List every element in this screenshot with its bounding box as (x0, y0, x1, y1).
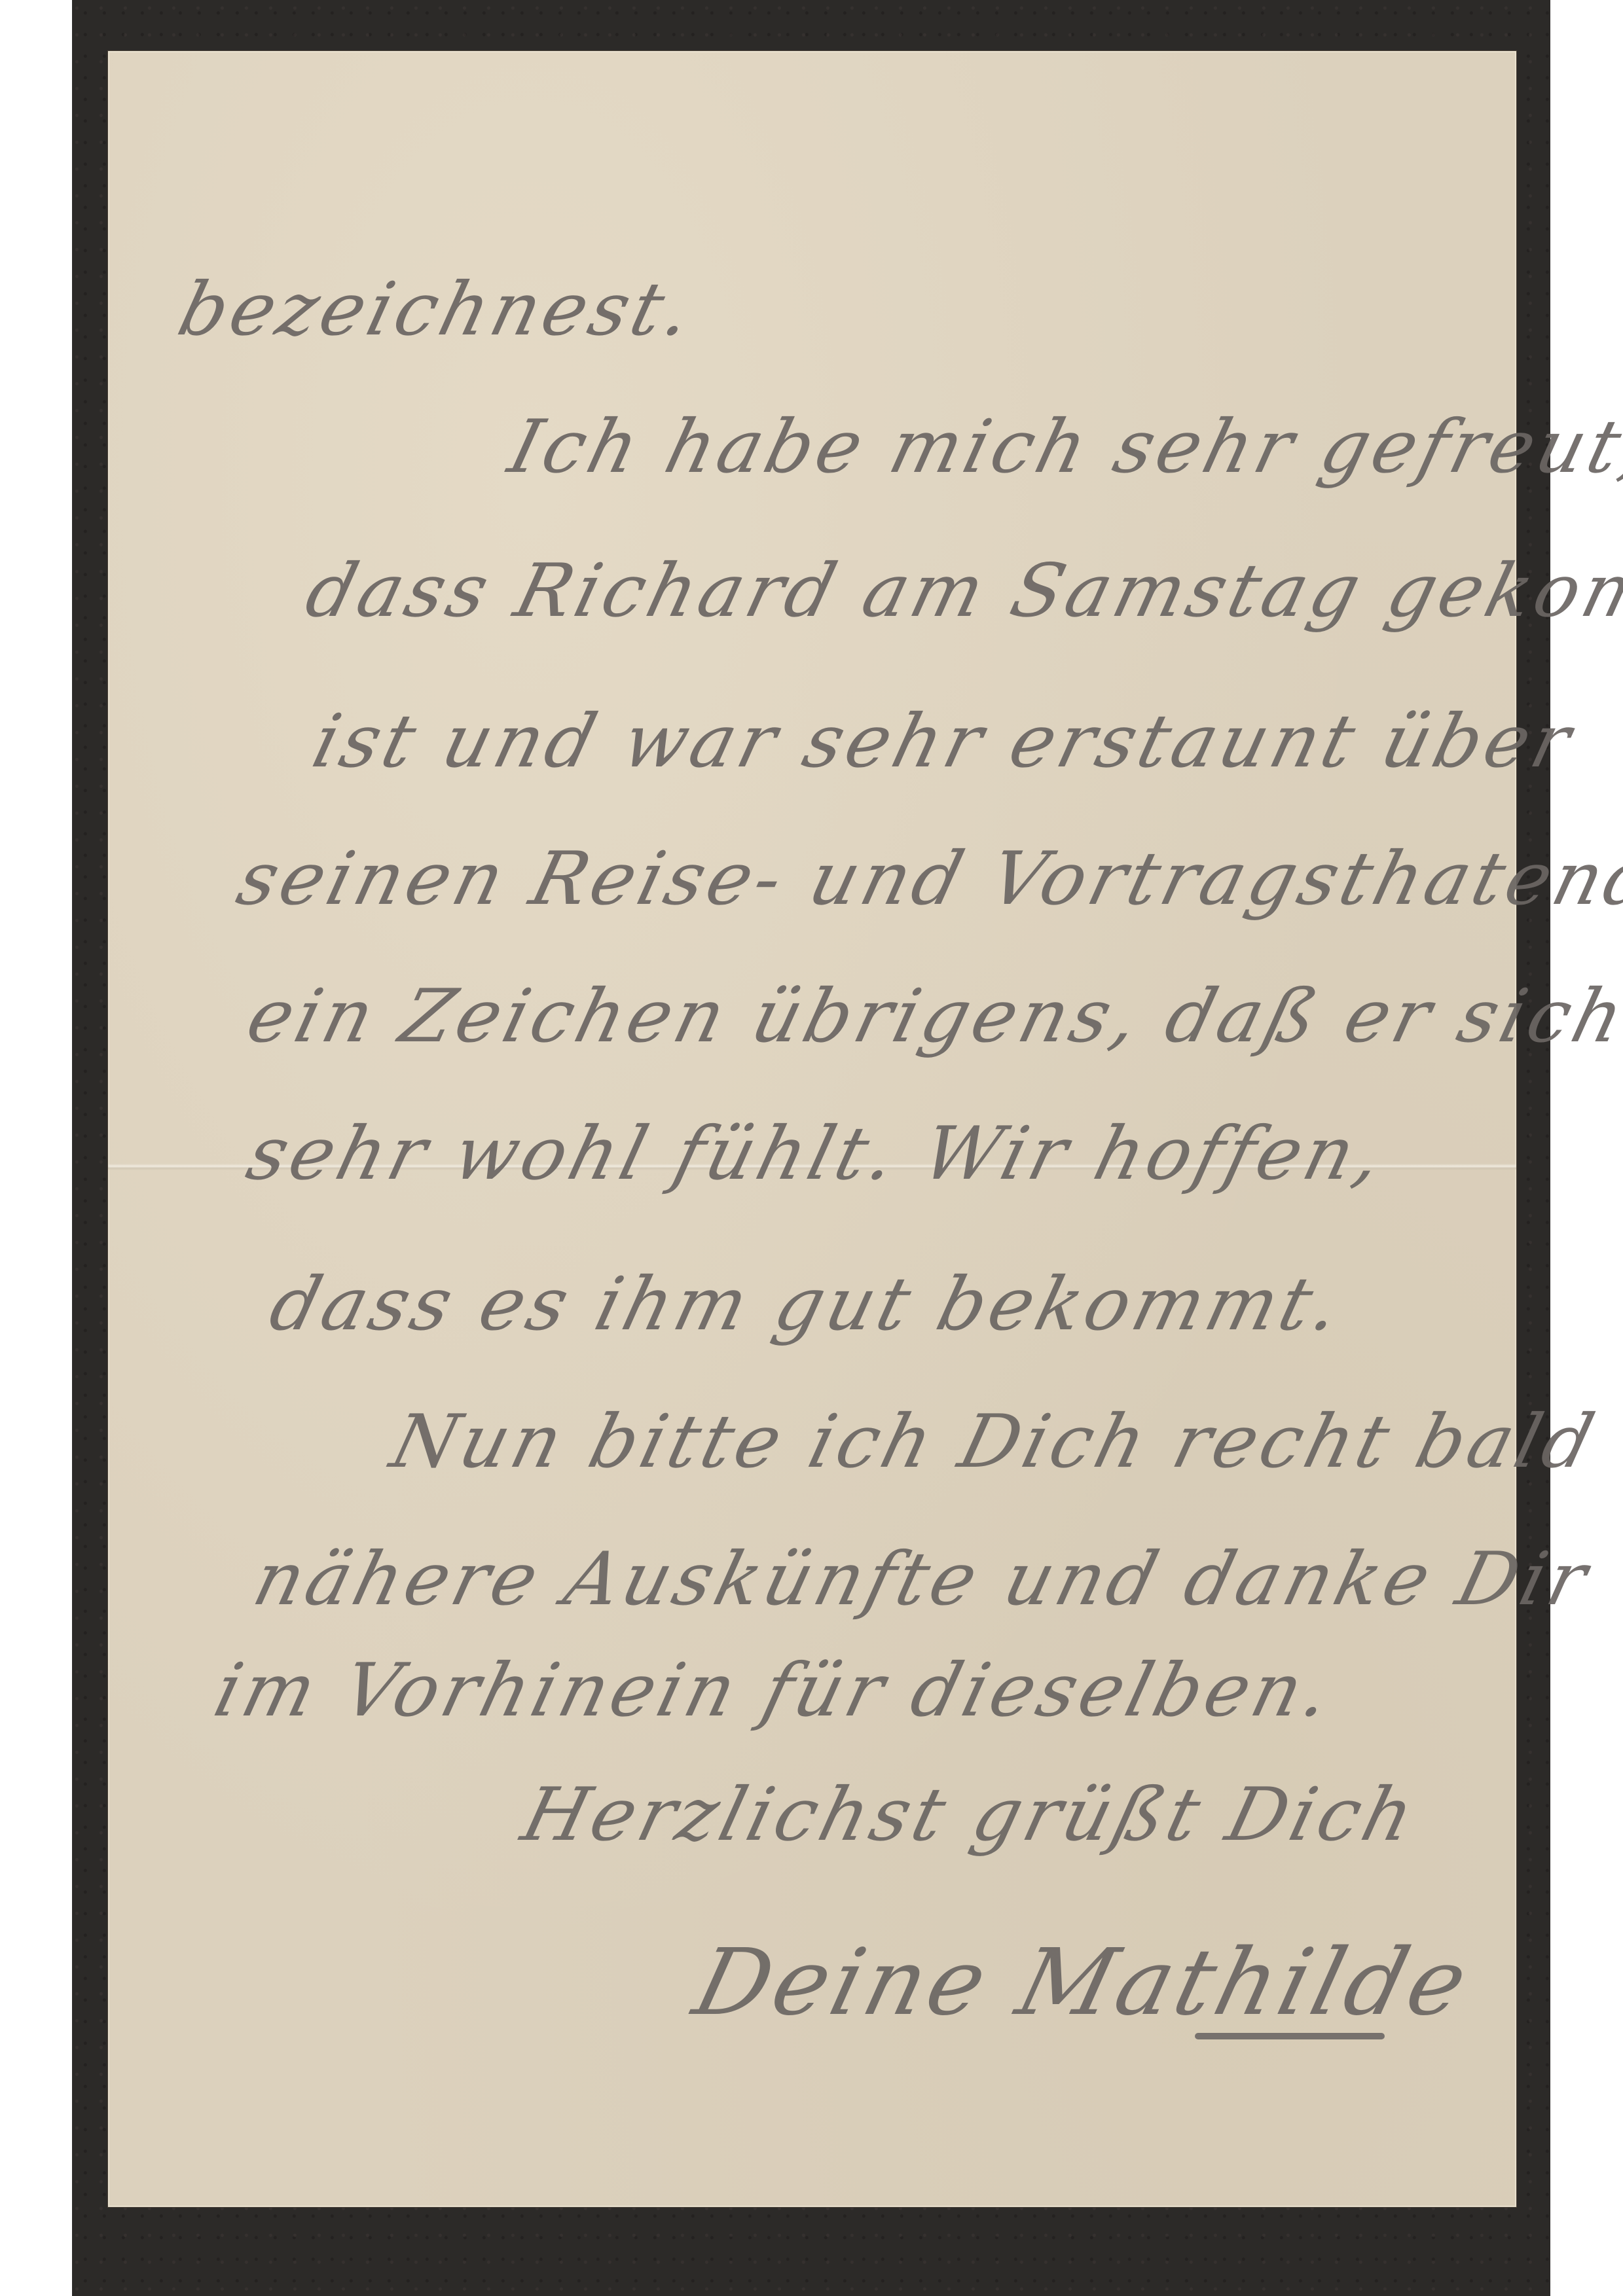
letter-line-7: sehr wohl fühlt. Wir hoffen, (239, 1111, 1395, 1196)
letter-signature: Deine Mathilde (684, 1929, 1481, 2036)
letter-line-4: ist und war sehr erstaunt über (304, 699, 1582, 784)
signature-flourish (1195, 2033, 1385, 2039)
letter-line-3: dass Richard am Samstag gekommen (298, 548, 1623, 634)
letter-line-1: bezeichnest. (170, 267, 704, 352)
letter-line-11: im Vorhinein für dieselben. (206, 1648, 1342, 1733)
letter-line-10: nähere Auskünfte und danke Dir (246, 1537, 1599, 1622)
letter-page: bezeichnest. Ich habe mich sehr gefreut,… (108, 51, 1516, 2207)
letter-line-8: dass es ihm gut bekommt. (262, 1262, 1352, 1347)
letter-line-6: ein Zeichen übrigens, daß er sich (239, 974, 1623, 1059)
letter-closing: Herzlichst grüßt Dich (514, 1772, 1426, 1857)
letter-line-9: Nun bitte ich Dich recht bald um (383, 1399, 1623, 1484)
letter-line-2: Ich habe mich sehr gefreut, (501, 404, 1623, 490)
letter-line-5: seinen Reise- und Vortragsthatendurst, (229, 836, 1623, 922)
